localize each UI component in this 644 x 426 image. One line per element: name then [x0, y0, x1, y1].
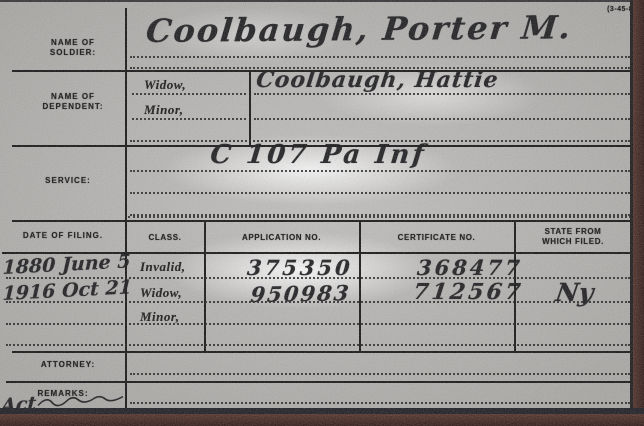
column-header-state-from-which-filed: STATE FROM WHICH FILED. [532, 227, 614, 247]
filing-row-date: 1880 June 5 [2, 250, 131, 279]
main-column-divider [125, 8, 127, 409]
writing-line [132, 118, 246, 120]
filing-row-class: Widow, [140, 285, 182, 301]
column-header-application-no: APPLICATION NO. [205, 233, 358, 243]
dependent-name-label: NAME OF DEPENDENT: [36, 92, 110, 112]
table-row-line [6, 323, 630, 325]
writing-line [130, 56, 630, 58]
writing-line [130, 192, 630, 194]
writing-line [130, 170, 630, 172]
section-divider [12, 220, 631, 222]
dependent-widow-label: Widow, [144, 77, 186, 93]
section-divider [12, 145, 631, 147]
table-row-line [6, 301, 630, 303]
table-column-divider [359, 222, 361, 352]
dependent-subcolumn-divider [249, 71, 251, 146]
service-label: SERVICE: [23, 176, 113, 186]
writing-line [254, 118, 630, 120]
dependent-minor-label: Minor, [144, 102, 184, 118]
column-header-certificate-no: CERTIFICATE NO. [360, 233, 513, 243]
writing-line [130, 67, 630, 69]
writing-line [130, 140, 630, 142]
filing-row-class: Invalid, [140, 259, 186, 275]
writing-line [254, 93, 630, 95]
soldier-name-label: NAME OF SOLDIER: [41, 38, 105, 58]
writing-line [132, 93, 246, 95]
writing-line [130, 402, 630, 404]
table-row-line [6, 344, 630, 346]
remarks-handwriting-text: Act [0, 393, 37, 418]
section-divider [6, 381, 631, 383]
writing-line [130, 373, 630, 375]
table-column-divider [204, 222, 206, 352]
illegible-scrawl [36, 389, 127, 411]
table-column-divider [514, 222, 516, 352]
section-divider [12, 351, 631, 353]
scan-edge-bottom [0, 414, 644, 426]
section-divider [12, 70, 631, 72]
soldier-name-handwriting: Coolbaugh, Porter M. [144, 8, 574, 50]
form-number: (3-45-8) [566, 5, 636, 15]
scan-edge-top [0, 0, 644, 2]
table-row-line [6, 277, 630, 279]
writing-line [128, 216, 631, 218]
column-header-date-of-filing: DATE OF FILING. [8, 231, 118, 241]
pension-index-card: (3-45-8) NAME OF SOLDIER: NAME OF DEPEND… [0, 0, 644, 426]
attorney-label: ATTORNEY: [23, 360, 113, 370]
column-header-class: CLASS. [127, 233, 203, 243]
scan-edge-right [633, 0, 644, 426]
table-header-underline [2, 252, 631, 254]
